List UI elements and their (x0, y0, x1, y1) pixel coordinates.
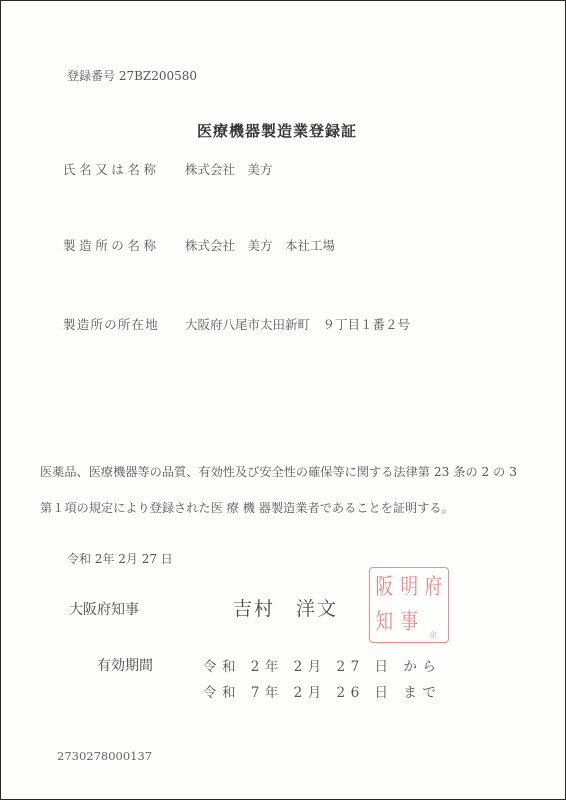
validity-label: 有効期間 (97, 655, 153, 675)
seal-char: 明 (399, 570, 419, 605)
seal-char: 府 (424, 570, 444, 605)
manufacturing-site-name-value: 株式会社 美方 本社工場 (185, 236, 335, 254)
manufacturing-site-address-value: 大阪府八尾市太田新町 ９丁目１番２号 (185, 315, 410, 333)
issuer-signature: 吉村 洋文 (233, 594, 338, 621)
footer-number: 2730278000137 (57, 749, 152, 763)
name-label: 氏名又は名称 (63, 160, 160, 178)
seal-char: 知 (374, 605, 394, 640)
certification-text-line-2: 第１項の規定により登録された医 療 機 器製造業者であることを証明する。 (40, 499, 454, 516)
official-seal-icon: 阪 明 府 知 事 印 (369, 567, 449, 643)
registration-number: 登録番号 27BZ200580 (67, 67, 197, 84)
issue-date: 令和 2年 2月 27 日 (67, 550, 173, 567)
manufacturing-site-address-label: 製造所の所在地 (63, 315, 159, 333)
seal-char: 事 (399, 605, 419, 640)
certificate-page: 登録番号 27BZ200580 医療機器製造業登録証 氏名又は名称 株式会社 美… (0, 0, 566, 800)
seal-char: 阪 (374, 570, 394, 605)
name-value: 株式会社 美方 (185, 160, 273, 178)
document-title: 医療機器製造業登録証 (197, 120, 357, 141)
validity-to: 令和 7年 2月 26 日 まで (203, 681, 441, 701)
issuer-title: 大阪府知事 (69, 599, 139, 619)
certification-text-line-1: 医薬品、医療機器等の品質、有効性及び安全性の確保等に関する法律第 23 条の 2… (40, 463, 517, 480)
seal-char: 印 (424, 605, 444, 640)
manufacturing-site-name-label: 製造所の名称 (63, 236, 160, 254)
validity-from: 令和 2年 2月 27 日 から (203, 655, 441, 675)
